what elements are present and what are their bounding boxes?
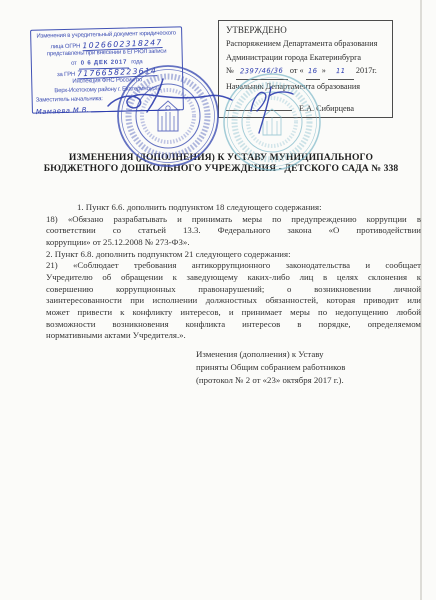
scanned-document-page: Изменения в учредительный документ юриди…	[0, 0, 436, 600]
body-line: Учредителю об обращении к заведующему ка…	[46, 272, 421, 284]
deputy-name-handwritten: Мамаева М.В.	[36, 105, 90, 116]
approval-line: Администрации города Екатеринбурга	[226, 51, 385, 64]
number-label: №	[226, 66, 234, 75]
title-line-2: БЮДЖЕТНОГО ДОШКОЛЬНОГО УЧРЕЖДЕНИЯ - ДЕТС…	[22, 163, 420, 174]
order-number-line: № 2397/46/36 от « 16 » 11 2017г.	[226, 64, 385, 79]
fns-registration-stamp: Изменения в учредительный документ юриди…	[30, 26, 184, 113]
body-line: заинтересованности при исполнении должно…	[46, 295, 421, 307]
body-line: 1. Пункт 6.6. дополнить подпунктом 18 сл…	[46, 202, 421, 214]
document-title: ИЗМЕНЕНИЯ (ДОПОЛНЕНИЯ) К УСТАВУ МУНИЦИПА…	[22, 152, 420, 174]
head-signature-row: Е.А. Сибирцева	[226, 102, 385, 115]
body-line: совершению коррупционных правонарушений;…	[46, 284, 421, 296]
date-prefix: от	[71, 59, 77, 68]
body-line: 18) «Обязано разрабатывать и принимать м…	[46, 214, 421, 226]
body-line: 2. Пункт 6.8. дополнить подпунктом 21 сл…	[46, 249, 421, 261]
approval-line: Начальник Департамента образования	[226, 80, 385, 93]
quote-close: »	[322, 66, 326, 75]
day-handwritten: 16	[308, 65, 318, 79]
adoption-note: Изменения (дополнения) к Уставу приняты …	[196, 348, 406, 387]
adoption-line: (протокол № 2 от «23» октября 2017 г.).	[196, 374, 406, 387]
body-line: возможности возникновения конфликта инте…	[46, 319, 421, 331]
adoption-line: приняты Общим собранием работников	[196, 361, 406, 374]
approval-line: Распоряжением Департамента образования	[226, 37, 385, 50]
signature-rule	[91, 103, 180, 112]
year-label: 2017г.	[356, 66, 377, 75]
approved-heading: УТВЕРЖДЕНО	[226, 24, 385, 37]
head-name: Е.А. Сибирцева	[299, 104, 354, 113]
month-handwritten: 11	[336, 65, 346, 79]
document-body: 1. Пункт 6.6. дополнить подпунктом 18 сл…	[46, 202, 421, 342]
body-line: соответствии со статьей 13.3. Федерально…	[46, 225, 421, 237]
signature-rule	[226, 102, 292, 111]
body-line: нормативными актами Учредителя.».	[46, 330, 421, 342]
body-line: может привести к конфликту интересов, и …	[46, 307, 421, 319]
order-number-handwritten: 2397/46/36	[240, 65, 283, 79]
body-line: 21) «Соблюдает требования антикоррупцион…	[46, 260, 421, 272]
approval-box: УТВЕРЖДЕНО Распоряжением Департамента об…	[218, 20, 393, 118]
title-line-1: ИЗМЕНЕНИЯ (ДОПОЛНЕНИЯ) К УСТАВУ МУНИЦИПА…	[22, 152, 420, 163]
from-label: от «	[290, 66, 304, 75]
adoption-line: Изменения (дополнения) к Уставу	[196, 348, 406, 361]
body-line: коррупции» от 25.12.2008 № 273-ФЗ».	[46, 237, 421, 249]
